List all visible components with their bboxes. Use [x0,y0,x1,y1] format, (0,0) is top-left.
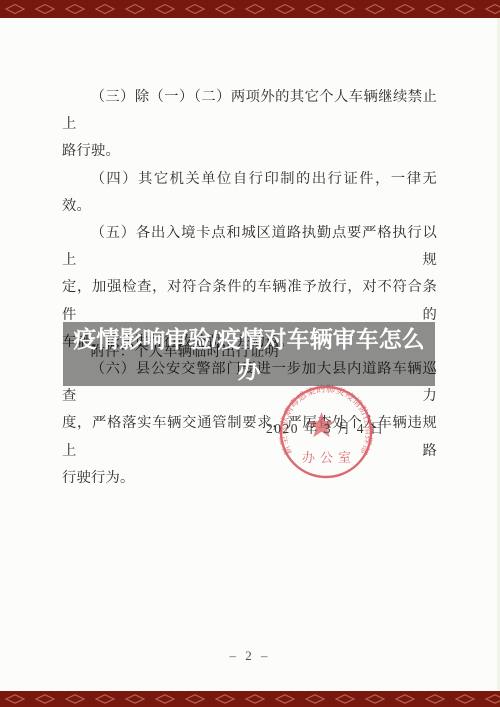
document-date: 2020 年 3 月 4 日 [266,417,385,437]
body-line: 定，加强检查，对符合条件的车辆准予放行，对不符合条件的 [62,274,437,328]
seal-office-text: 办公室 [302,450,356,465]
headline-text: 疫情影响审验/疫情对车辆审车怎么办 [63,322,435,386]
scanned-document-page: （三）除（一）（二）两项外的其它个人车辆继续禁止上路行驶。（四）其它机关单位自行… [0,0,500,707]
headline-overlay-banner: 疫情影响审验/疫情对车辆审车怎么办 [63,322,435,386]
decorative-border-top [0,0,500,18]
border-pattern [0,691,500,707]
border-pattern [0,0,500,18]
body-line: （四）其它机关单位自行印制的出行证件，一律无效。 [62,166,437,220]
body-line: （五）各出入境卡点和城区道路执勤点要严格执行以上规 [62,220,437,274]
page-number: – 2 – [0,648,500,664]
body-line: （三）除（一）（二）两项外的其它个人车辆继续禁止上 [62,84,437,138]
body-line: 路行驶。 [62,138,437,165]
decorative-border-bottom [0,691,500,707]
